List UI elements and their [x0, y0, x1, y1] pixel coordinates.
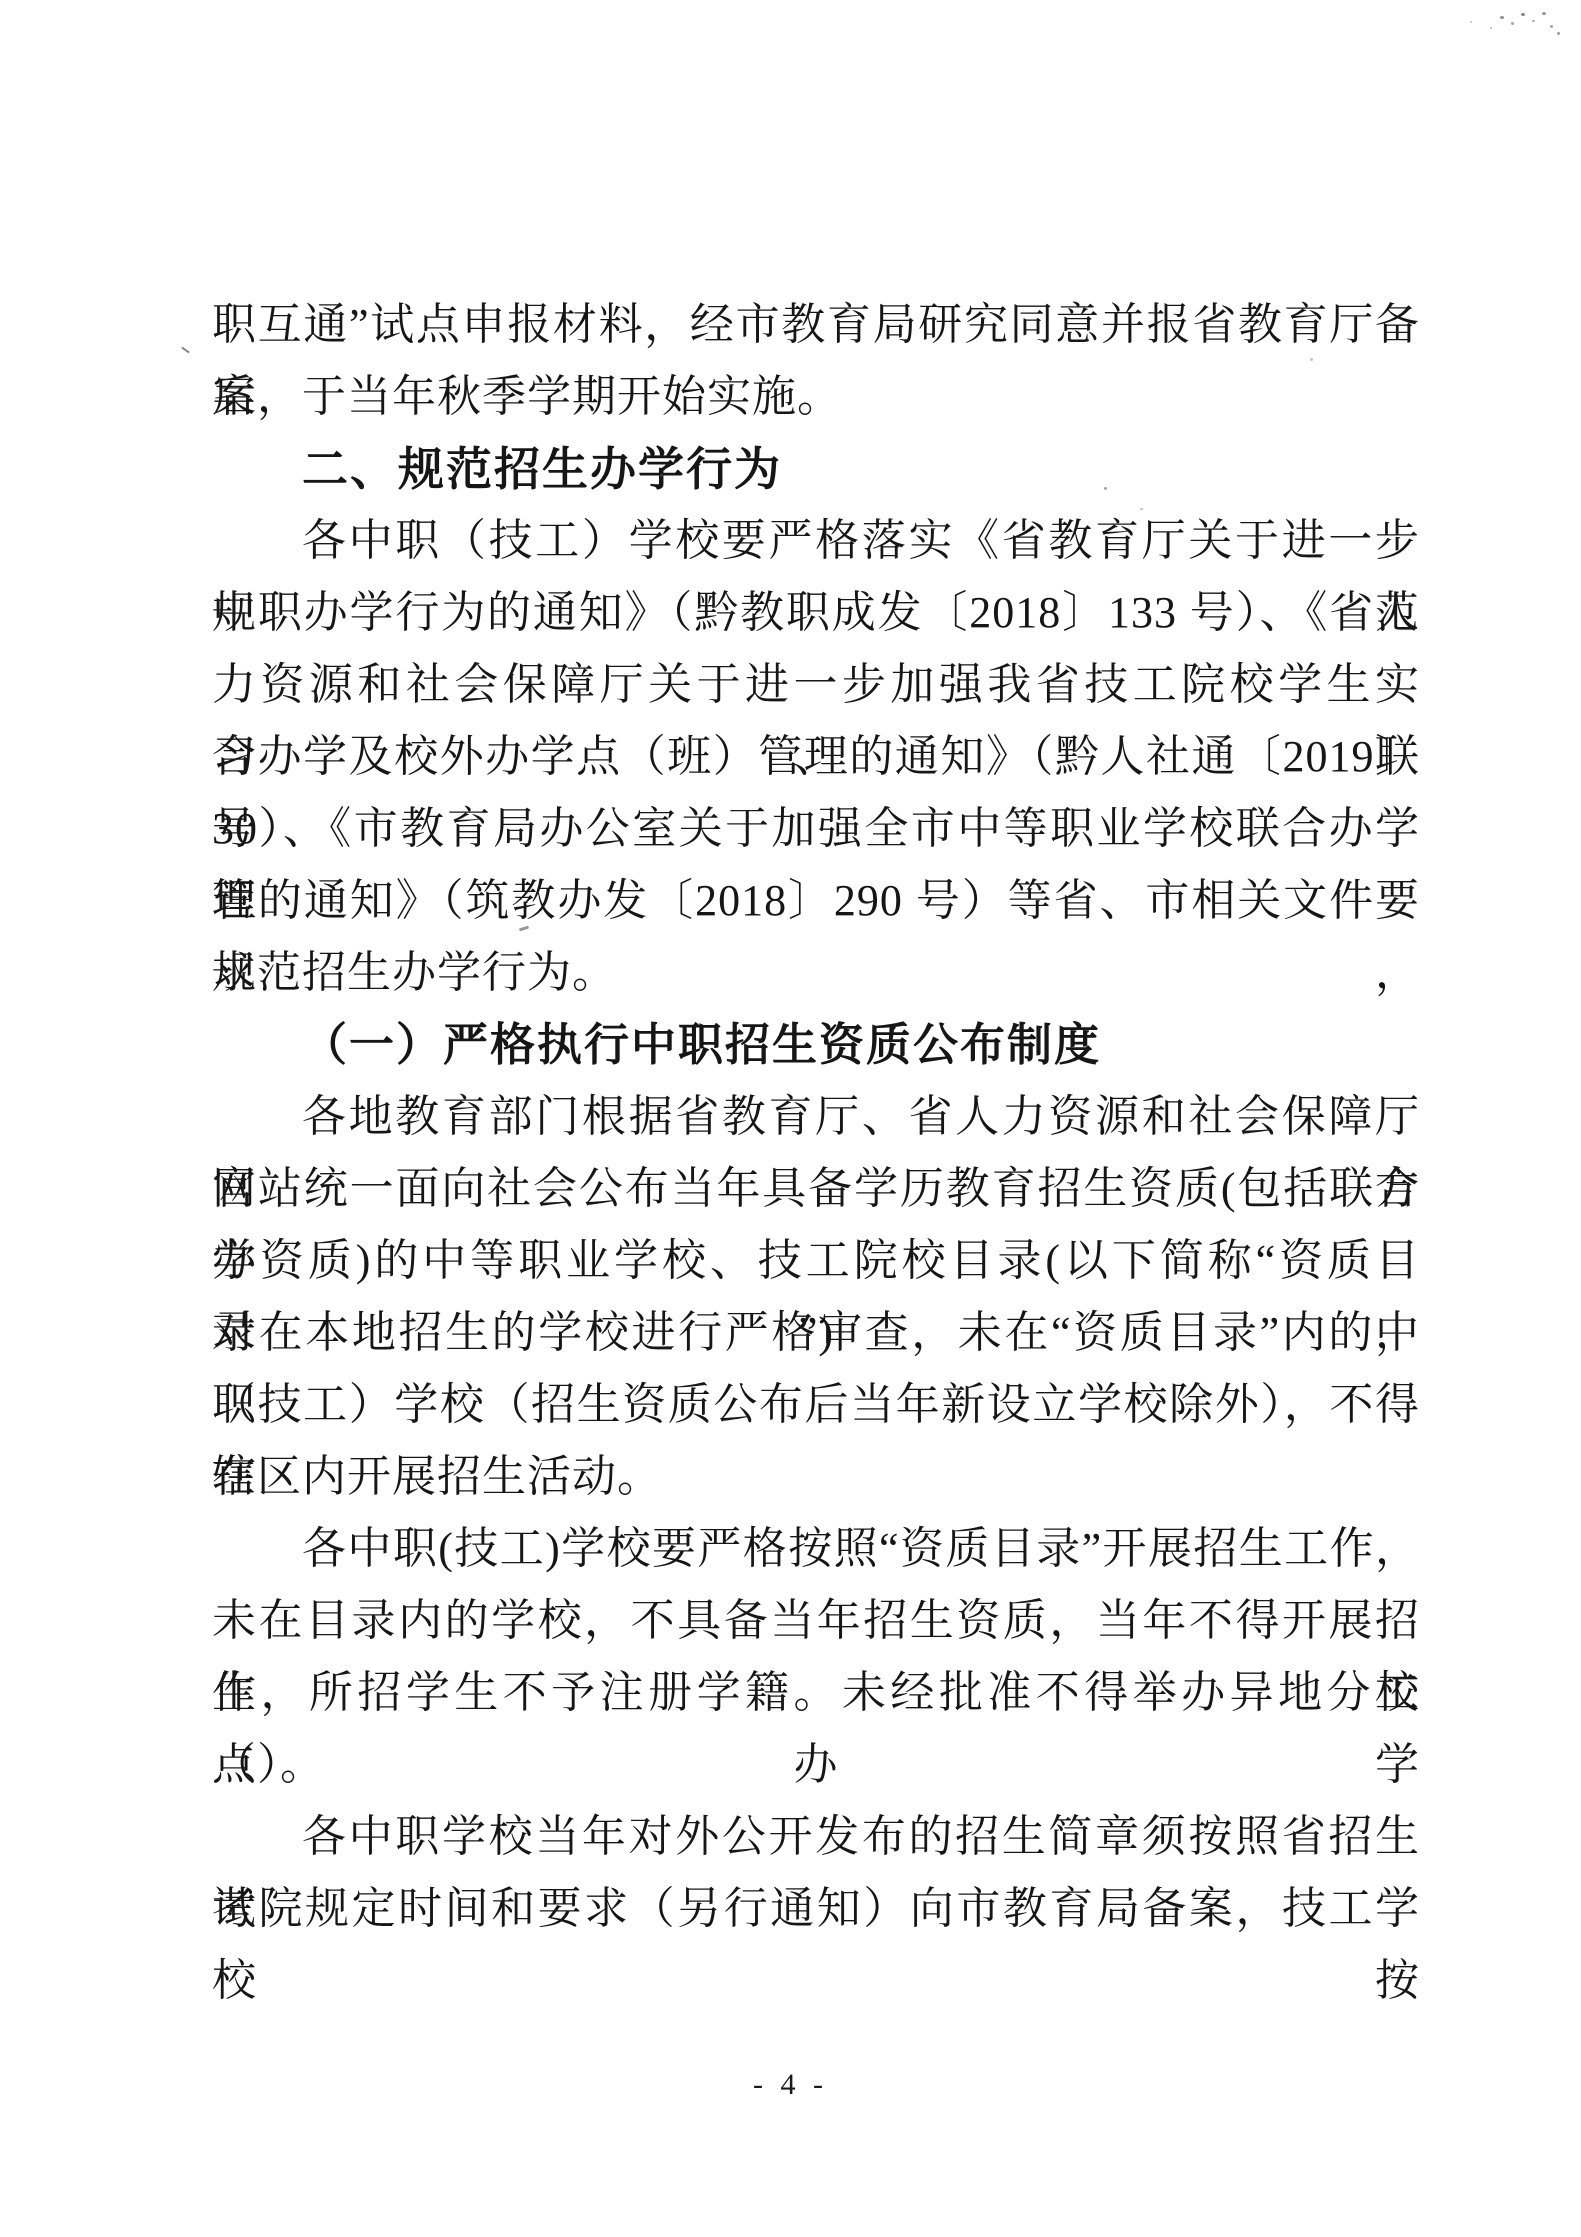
text-line: 试院规定时间和要求（另行通知）向市教育局备案，技工学校按: [212, 1873, 1420, 1945]
text-line: 各地教育部门根据省教育厅、省人力资源和社会保障厅官方: [212, 1081, 1420, 1153]
page-number: - 4 -: [0, 2068, 1581, 2102]
scan-artifact: [1104, 487, 1107, 490]
scan-artifact: [1140, 508, 1143, 510]
document-page: 职互通”试点申报材料，经市教育局研究同意并报省教育厅备案后，于当年秋季学期开始实…: [0, 0, 1581, 2237]
heading1-line: 二、规范招生办学行为: [212, 433, 1420, 505]
scan-artifact: [181, 347, 190, 354]
scan-artifact: [1550, 25, 1553, 28]
scan-artifact: [1532, 20, 1535, 22]
text-line: 对在本地招生的学校进行严格审查，未在“资质目录”内的中职: [212, 1297, 1420, 1369]
text-line: 合办学及校外办学点（班）管理的通知》（黔人社通〔2019〕30: [212, 721, 1420, 793]
text-line: 力资源和社会保障厅关于进一步加强我省技工院校学生实习、联: [212, 649, 1420, 721]
scan-artifact: [1521, 13, 1525, 16]
heading2-line: （一）严格执行中职招生资质公布制度: [212, 1009, 1420, 1081]
scan-artifact: [1310, 358, 1313, 361]
text-line: 作，所招学生不予注册学籍。未经批准不得举办异地分校（办学: [212, 1657, 1420, 1729]
scan-artifact: [1557, 32, 1560, 35]
scan-artifact: [1542, 12, 1546, 15]
text-line: 辖区内开展招生活动。: [212, 1441, 1420, 1513]
text-line: 各中职学校当年对外公开发布的招生简章须按照省招生考: [212, 1801, 1420, 1873]
text-line: 理的通知》（筑教办发〔2018〕290 号）等省、市相关文件要求，: [212, 865, 1420, 937]
text-line: 中职办学行为的通知》（黔教职成发〔2018〕133 号）、《省人: [212, 577, 1420, 649]
text-line: 职互通”试点申报材料，经市教育局研究同意并报省教育厅备案: [212, 289, 1420, 361]
text-line: 网站统一面向社会公布当年具备学历教育招生资质(包括联合办: [212, 1153, 1420, 1225]
text-line: 各中职(技工)学校要严格按照“资质目录”开展招生工作，: [212, 1513, 1420, 1585]
text-line: 号）、《市教育局办公室关于加强全市中等职业学校联合办学管: [212, 793, 1420, 865]
scan-artifact: [1511, 22, 1514, 25]
text-line: 各中职（技工）学校要严格落实《省教育厅关于进一步规范: [212, 505, 1420, 577]
text-line: 未在目录内的学校，不具备当年招生资质，当年不得开展招生工: [212, 1585, 1420, 1657]
scan-artifact: [1490, 27, 1492, 29]
text-line: 学资质)的中等职业学校、技工院校目录(以下简称“资质目录”)，: [212, 1225, 1420, 1297]
text-line: （技工）学校（招生资质公布后当年新设立学校除外），不得在: [212, 1369, 1420, 1441]
text-line: 后，于当年秋季学期开始实施。: [212, 361, 1420, 433]
scan-artifact: [660, 474, 663, 477]
scan-artifact: [1500, 16, 1504, 19]
scan-artifact: [1470, 21, 1472, 23]
text-block: 职互通”试点申报材料，经市教育局研究同意并报省教育厅备案后，于当年秋季学期开始实…: [212, 289, 1420, 1945]
